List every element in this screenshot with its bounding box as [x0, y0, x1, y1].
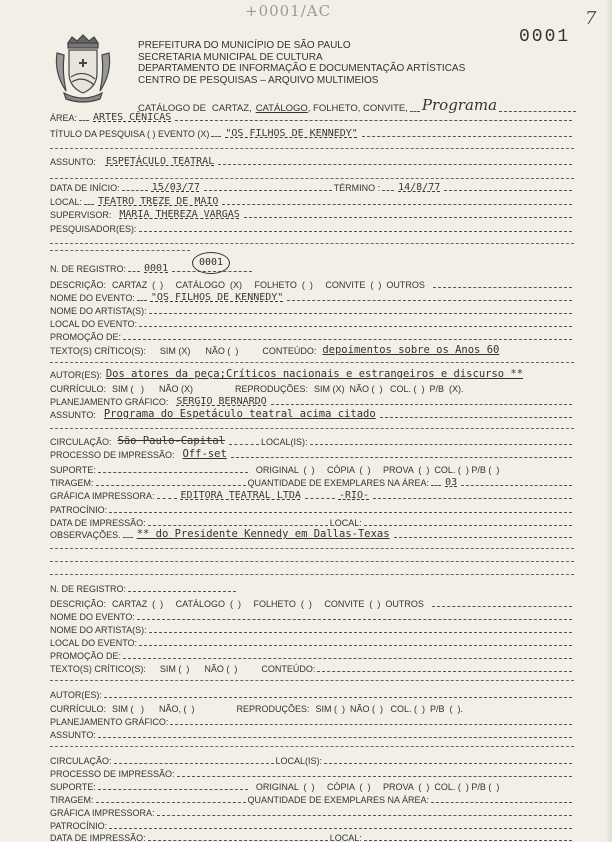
r1-descricao-label: DESCRIÇÃO: — [50, 280, 106, 290]
r1-tiragem-row: TIRAGEM: QUANTIDADE DE EXEMPLARES NA ÁRE… — [50, 476, 574, 488]
divider — [50, 561, 574, 562]
divider — [50, 680, 574, 681]
divider — [50, 548, 574, 549]
r2-registro-label: N. DE REGISTRO: — [50, 584, 126, 594]
pesquisador-label: PESQUISADOR(ES): — [50, 224, 137, 234]
r1-registro-circled: 0001 — [192, 252, 230, 274]
r1-descricao-row: DESCRIÇÃO: CARTAZ ( ) CATÁLOGO (X) FOLHE… — [50, 278, 574, 290]
local-value: TEATRO TREZE DE MAIO — [96, 196, 220, 207]
r2-circulacao-label: CIRCULAÇÃO: — [50, 756, 112, 766]
r1-registro-row: N. DE REGISTRO: 0001 — [50, 262, 574, 274]
r2-nome-evento-row: NOME DO EVENTO: — [50, 610, 574, 622]
r2-circulacao-row: CIRCULAÇÃO: LOCAL(IS): — [50, 754, 574, 766]
r1-patrocinio-row: PATROCÍNIO: — [50, 503, 574, 515]
titulo-label: TÍTULO DA PESQUISA ( ) EVENTO (X) — [50, 129, 209, 139]
r1-nome-evento-label: NOME DO EVENTO: — [50, 293, 135, 303]
r1-assunto-label: ASSUNTO: — [50, 410, 96, 420]
r1-local-evento-label: LOCAL DO EVENTO: — [50, 319, 137, 329]
r2-assunto-row: ASSUNTO: — [50, 728, 574, 740]
divider — [50, 428, 574, 429]
r1-grafica-value: EDITORA TEATRAL LTDA — [179, 490, 303, 501]
r1-locais-label: LOCAL(IS): — [261, 437, 308, 447]
r1-registro-label: N. DE REGISTRO: — [50, 264, 126, 274]
divider — [50, 362, 574, 363]
r2-suporte-label: SUPORTE: — [50, 782, 96, 792]
r1-textos-row: TEXTO(S) CRÍTICO(S): SIM (X) NÃO ( ) CON… — [50, 344, 574, 356]
titulo-value: "OS FILHOS DE KENNEDY" — [223, 128, 359, 139]
r2-local-evento-row: LOCAL DO EVENTO: — [50, 636, 574, 648]
r1-data-impressao-row: DATA DE IMPRESSÃO: LOCAL: — [50, 516, 574, 528]
r1-circulacao-row: CIRCULAÇÃO: São Paulo-Capital LOCAL(IS): — [50, 435, 574, 447]
r1-nome-artista-label: NOME DO ARTISTA(S): — [50, 306, 147, 316]
termino-value: 14/8/77 — [396, 182, 442, 193]
header-line: SECRETARIA MUNICIPAL DE CULTURA — [138, 52, 465, 64]
r1-curriculo-row: CURRÍCULO: SIM ( ) NÃO (X) REPRODUÇÕES: … — [50, 382, 574, 394]
area-value: ARTES CÊNICAS — [91, 112, 173, 123]
supervisor-value: MARIA THEREZA VARGAS — [117, 209, 241, 220]
r2-grafica-row: GRÁFICA IMPRESSORA: — [50, 806, 574, 818]
assunto-label: ASSUNTO: — [50, 157, 96, 167]
r1-textos-label: TEXTO(S) CRÍTICO(S): — [50, 346, 146, 356]
r1-observacoes-row: OBSERVAÇÕES. ** do Presidente Kennedy em… — [50, 528, 574, 540]
r2-promocao-label: PROMOÇÃO DE: — [50, 651, 121, 661]
r2-descricao-row: DESCRIÇÃO: CARTAZ ( ) CATÁLOGO ( ) FOLHE… — [50, 597, 574, 609]
r2-suporte-options: ORIGINAL ( ) CÓPIA ( ) PROVA ( ) COL. ( … — [250, 782, 506, 792]
r1-local-impressao-label: LOCAL: — [330, 518, 362, 528]
divider — [50, 243, 574, 244]
r1-autores-row: AUTOR(ES): Dos atores da peça;Críticos n… — [50, 366, 574, 380]
supervisor-row: SUPERVISOR: MARIA THEREZA VARGAS — [50, 208, 574, 220]
r1-tiragem-label: TIRAGEM: — [50, 478, 94, 488]
assunto-row: ASSUNTO: ESPETÁCULO TEATRAL — [50, 155, 574, 167]
r2-quantidade-label: QUANTIDADE DE EXEMPLARES NA ÁREA: — [248, 795, 430, 805]
r2-descricao-label: DESCRIÇÃO: — [50, 599, 106, 609]
r1-processo-label: PROCESSO DE IMPRESSÃO: — [50, 450, 175, 460]
r1-promocao-label: PROMOÇÃO DE: — [50, 332, 121, 342]
stamp-number: 0001 — [519, 27, 570, 47]
r1-suporte-label: SUPORTE: — [50, 465, 96, 475]
r2-assunto-label: ASSUNTO: — [50, 730, 96, 740]
r2-processo-label: PROCESSO DE IMPRESSÃO: — [50, 769, 175, 779]
r1-promocao-row: PROMOÇÃO DE: — [50, 330, 574, 342]
termino-label: TÉRMINO : — [334, 183, 381, 193]
r1-suporte-row: SUPORTE: ORIGINAL ( ) CÓPIA ( ) PROVA ( … — [50, 463, 574, 475]
r2-curriculo-label: CURRÍCULO: — [50, 704, 106, 714]
r2-conteudo-label: CONTEÚDO: — [261, 664, 315, 674]
r1-grafica-row: GRÁFICA IMPRESSORA: EDITORA TEATRAL LTDA… — [50, 489, 574, 501]
r1-circulacao-value: São Paulo-Capital — [116, 435, 227, 447]
r2-nome-artista-row: NOME DO ARTISTA(S): — [50, 623, 574, 635]
data-inicio-label: DATA DE INÍCIO: — [50, 183, 120, 193]
local-label: LOCAL: — [50, 197, 82, 207]
r1-nome-evento-value: "OS FILHOS DE KENNEDY" — [149, 292, 285, 303]
r1-local-evento-row: LOCAL DO EVENTO: — [50, 317, 574, 329]
r1-assunto-row: ASSUNTO: Programa do Espetáculo teatral … — [50, 408, 574, 420]
r1-processo-row: PROCESSO DE IMPRESSÃO: Off-set — [50, 448, 574, 460]
r2-locais-label: LOCAL(IS): — [276, 756, 323, 766]
r1-conteudo-value: depoimentos sobre os Anos 60 — [320, 344, 501, 356]
r1-reproducoes-options: SIM (X) NÃO ( ) COL. ( ) P/B (X). — [308, 384, 470, 394]
r1-registro-value: 0001 — [142, 263, 170, 274]
r2-textos-label: TEXTO(S) CRÍTICO(S): — [50, 664, 146, 674]
r2-patrocinio-label: PATROCÍNIO: — [50, 821, 107, 831]
r1-descricao-options: CARTAZ ( ) CATÁLOGO (X) FOLHETO ( ) CONV… — [106, 280, 431, 290]
r2-local-impressao-label: LOCAL: — [330, 833, 362, 842]
r1-conteudo-label: CONTEÚDO: — [262, 346, 316, 356]
catalog-form-page: +0001/AC 7 0001 PREFEITURA DO MUNICÍPIO … — [0, 0, 612, 842]
r1-planejamento-value: SERGIO BERNARDO — [174, 396, 268, 407]
header-line: DEPARTAMENTO DE INFORMAÇÃO E DOCUMENTAÇÃ… — [138, 63, 465, 75]
r2-local-evento-label: LOCAL DO EVENTO: — [50, 638, 137, 648]
r1-quantidade-value: 03 — [443, 477, 459, 488]
r2-textos-options: SIM ( ) NÃO ( ) — [146, 664, 244, 674]
r2-processo-row: PROCESSO DE IMPRESSÃO: — [50, 767, 574, 779]
r1-suporte-options: ORIGINAL ( ) CÓPIA ( ) PROVA ( ) COL. ( … — [250, 465, 506, 475]
institution-header: PREFEITURA DO MUNICÍPIO DE SÃO PAULO SEC… — [138, 40, 465, 86]
area-row: ÁREA: ARTES CÊNICAS — [50, 111, 574, 123]
r2-nome-artista-label: NOME DO ARTISTA(S): — [50, 625, 147, 635]
r2-promocao-row: PROMOÇÃO DE: — [50, 649, 574, 661]
r1-observacoes-value: ** do Presidente Kennedy em Dallas-Texas — [135, 528, 392, 540]
pencil-annotation: +0001/AC — [245, 2, 331, 20]
r1-curriculo-label: CURRÍCULO: — [50, 384, 106, 394]
r1-data-impressao-label: DATA DE IMPRESSÃO: — [50, 518, 146, 528]
r1-quantidade-label: QUANTIDADE DE EXEMPLARES NA ÁREA: — [248, 478, 430, 488]
r2-textos-row: TEXTO(S) CRÍTICO(S): SIM ( ) NÃO ( ) CON… — [50, 662, 574, 674]
r1-nome-artista-row: NOME DO ARTISTA(S): — [50, 304, 574, 316]
pesquisador-row: PESQUISADOR(ES): — [50, 222, 574, 234]
r2-tiragem-label: TIRAGEM: — [50, 795, 94, 805]
r2-curriculo-options: SIM ( ) NÃO, ( ) — [106, 704, 201, 714]
r2-autores-label: AUTOR(ES): — [50, 690, 102, 700]
r2-patrocinio-row: PATROCÍNIO: — [50, 819, 574, 831]
r1-patrocinio-label: PATROCÍNIO: — [50, 505, 107, 515]
supervisor-label: SUPERVISOR: — [50, 210, 111, 220]
page-edge-shadow — [606, 0, 612, 842]
r2-nome-evento-label: NOME DO EVENTO: — [50, 612, 135, 622]
r1-autores-value: Dos atores da peça;Críticos nacionais e … — [104, 368, 525, 380]
divider — [50, 148, 574, 149]
r1-textos-options: SIM (X) NÃO ( ) — [146, 346, 245, 356]
r2-reproducoes-options: SIM ( ) NÃO ( ) COL. ( ) P/B ( ). — [310, 704, 470, 714]
r2-planejamento-label: PLANEJAMENTO GRÁFICO: — [50, 717, 168, 727]
r2-planejamento-row: PLANEJAMENTO GRÁFICO: — [50, 715, 574, 727]
area-label: ÁREA: — [50, 113, 77, 123]
r1-observacoes-label: OBSERVAÇÕES. — [50, 530, 121, 540]
local-row: LOCAL: TEATRO TREZE DE MAIO — [50, 195, 574, 207]
corner-page-number: 7 — [585, 8, 596, 29]
r1-curriculo-options: SIM ( ) NÃO (X) — [106, 384, 199, 394]
r2-data-impressao-row: DATA DE IMPRESSÃO: LOCAL: — [50, 831, 574, 842]
divider — [50, 250, 190, 251]
divider — [50, 178, 574, 179]
r1-assunto-value: Programa do Espetáculo teatral acima cit… — [102, 408, 378, 420]
data-inicio-value: 15/03/77 — [150, 182, 202, 193]
header-line: PREFEITURA DO MUNICÍPIO DE SÃO PAULO — [138, 40, 465, 52]
r2-autores-row: AUTOR(ES): — [50, 688, 574, 700]
r1-nome-evento-row: NOME DO EVENTO: "OS FILHOS DE KENNEDY" — [50, 291, 574, 303]
assunto-value: ESPETÁCULO TEATRAL — [104, 156, 216, 167]
r2-descricao-options: CARTAZ ( ) CATÁLOGO ( ) FOLHETO ( ) CONV… — [106, 599, 430, 609]
r1-grafica-city: -RIO- — [337, 490, 371, 501]
header-line: CENTRO DE PESQUISAS – ARQUIVO MULTIMEIOS — [138, 75, 465, 87]
r1-circulacao-label: CIRCULAÇÃO: — [50, 437, 112, 447]
coat-of-arms-icon — [52, 33, 114, 105]
r1-planejamento-label: PLANEJAMENTO GRÁFICO: — [50, 397, 168, 407]
divider — [50, 574, 574, 575]
r2-suporte-row: SUPORTE: ORIGINAL ( ) CÓPIA ( ) PROVA ( … — [50, 780, 574, 792]
titulo-row: TÍTULO DA PESQUISA ( ) EVENTO (X) "OS FI… — [50, 127, 574, 139]
r2-grafica-label: GRÁFICA IMPRESSORA: — [50, 808, 155, 818]
r1-autores-label: AUTOR(ES): — [50, 370, 102, 380]
r2-curriculo-row: CURRÍCULO: SIM ( ) NÃO, ( ) REPRODUÇÕES:… — [50, 702, 574, 714]
r2-reproducoes-label: REPRODUÇÕES: — [237, 704, 310, 714]
datas-row: DATA DE INÍCIO: 15/03/77 TÉRMINO : 14/8/… — [50, 181, 574, 193]
r1-reproducoes-label: REPRODUÇÕES: — [235, 384, 308, 394]
r2-data-impressao-label: DATA DE IMPRESSÃO: — [50, 833, 146, 842]
r1-processo-value: Off-set — [181, 448, 229, 460]
r2-registro-row: N. DE REGISTRO: — [50, 582, 574, 594]
divider — [50, 746, 574, 747]
r1-planejamento-row: PLANEJAMENTO GRÁFICO: SERGIO BERNARDO — [50, 395, 574, 407]
r1-grafica-label: GRÁFICA IMPRESSORA: — [50, 491, 155, 501]
r2-tiragem-row: TIRAGEM: QUANTIDADE DE EXEMPLARES NA ÁRE… — [50, 793, 574, 805]
